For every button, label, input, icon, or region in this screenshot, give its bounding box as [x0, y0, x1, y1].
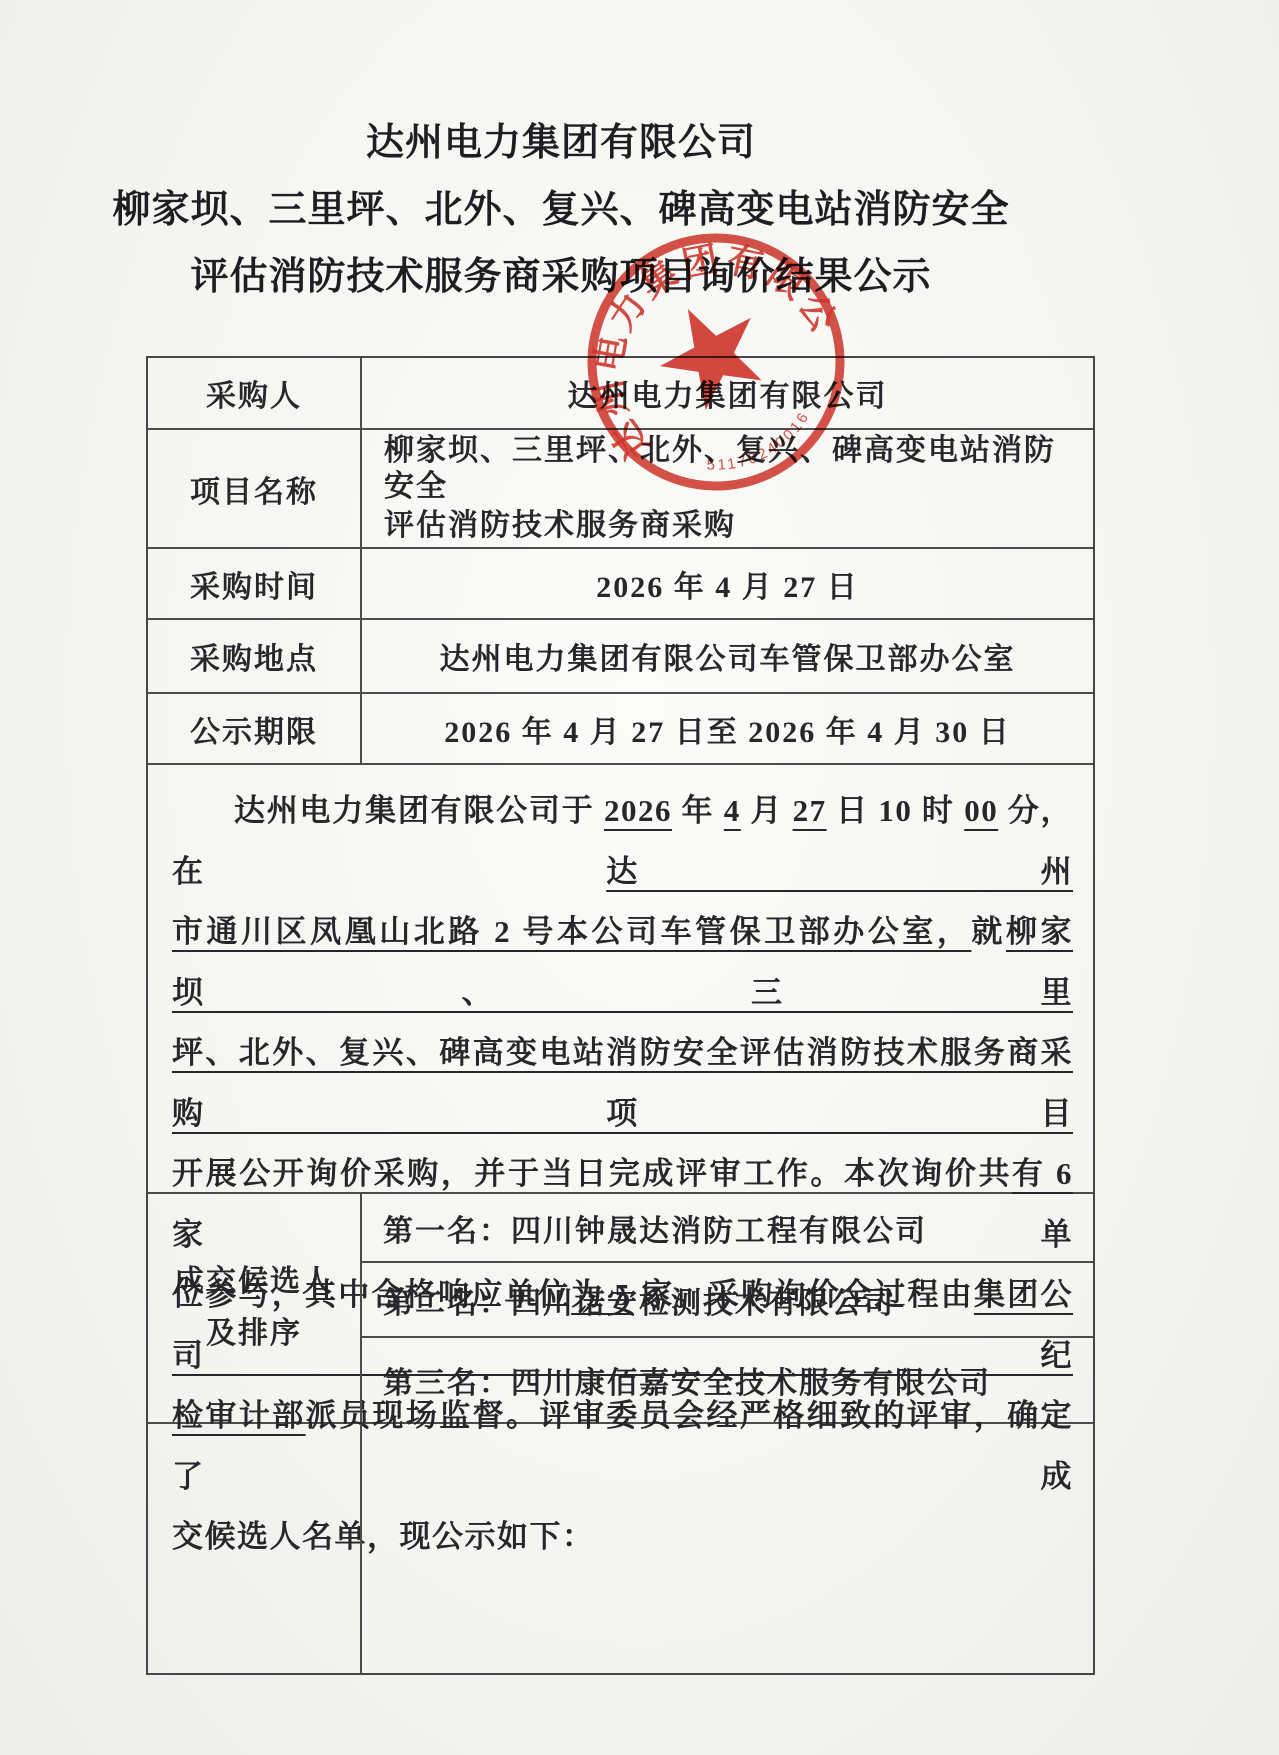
- notice-line: 市通川区凤凰山北路 2 号本公司车管保卫部办公室，就柳家坝、三里: [172, 902, 1073, 1023]
- candidate-row: 第一名：四川钟晟达消防工程有限公司: [362, 1194, 1093, 1263]
- row-value: 达州电力集团有限公司车管保卫部办公室: [362, 620, 1093, 692]
- underlined-text: 00: [964, 793, 998, 828]
- row-label: 采购地点: [148, 620, 362, 692]
- company-title: 达州电力集团有限公司: [0, 110, 1122, 177]
- underlined-text: 27: [793, 793, 827, 828]
- underlined-text: 达州: [606, 854, 1073, 889]
- row-label: 公示期限: [148, 694, 362, 763]
- table-row-purchase-location: 采购地点 达州电力集团有限公司车管保卫部办公室: [148, 620, 1093, 694]
- table-row-publicity-period: 公示期限 2026 年 4 月 27 日至 2026 年 4 月 30 日: [148, 694, 1093, 765]
- table-row-purchase-date: 采购时间 2026 年 4 月 27 日: [148, 549, 1093, 620]
- empty-value-cell: [362, 1424, 1093, 1675]
- text: 达州电力集团有限公司于: [234, 793, 604, 828]
- candidate-row: 第二名：四川诺安检测技术有限公司: [362, 1263, 1093, 1337]
- row-value: 达州电力集团有限公司: [362, 358, 1093, 428]
- candidates-header-line1: 成交候选人: [174, 1256, 334, 1308]
- underlined-text: 有 6: [1012, 1156, 1073, 1191]
- notice-line: 达州电力集团有限公司于 2026 年 4 月 27 日 10 时 00 分，在达…: [172, 781, 1073, 902]
- text: 月: [741, 793, 793, 828]
- empty-bottom-row: [148, 1424, 1093, 1675]
- notice-paragraph: 达州电力集团有限公司于 2026 年 4 月 27 日 10 时 00 分，在达…: [148, 765, 1093, 1194]
- candidate-list: 第一名：四川钟晟达消防工程有限公司第二名：四川诺安检测技术有限公司第三名：四川康…: [362, 1194, 1093, 1422]
- table-row-project-name: 项目名称 柳家坝、三里坪、北外、复兴、碑高变电站消防安全 评估消防技术服务商采购: [148, 430, 1093, 549]
- candidates-header: 成交候选人 及排序: [148, 1194, 362, 1422]
- candidates-header-line2: 及排序: [206, 1308, 302, 1360]
- candidate-row: 第三名：四川康佰嘉安全技术服务有限公司: [362, 1338, 1093, 1422]
- row-value: 2026 年 4 月 27 日至 2026 年 4 月 30 日: [362, 694, 1093, 763]
- row-label: 采购人: [148, 358, 362, 428]
- notice-table: 采购人 达州电力集团有限公司 项目名称 柳家坝、三里坪、北外、复兴、碑高变电站消…: [146, 356, 1095, 1675]
- underlined-text: 坪、北外、复兴、碑高变电站消防安全评估消防技术服务商采购项目: [172, 1035, 1073, 1131]
- empty-label-cell: [148, 1424, 362, 1675]
- row-value: 柳家坝、三里坪、北外、复兴、碑高变电站消防安全 评估消防技术服务商采购: [362, 430, 1093, 547]
- project-title-line1: 柳家坝、三里坪、北外、复兴、碑高变电站消防安全: [0, 177, 1122, 244]
- text: 年: [672, 793, 724, 828]
- project-name-line1: 柳家坝、三里坪、北外、复兴、碑高变电站消防安全: [384, 433, 1083, 505]
- row-value: 2026 年 4 月 27 日: [362, 549, 1093, 618]
- row-label: 采购时间: [148, 549, 362, 618]
- project-title-line2: 评估消防技术服务商采购项目询价结果公示: [0, 244, 1122, 311]
- scanned-notice-page: 达州电力集团有限公司 柳家坝、三里坪、北外、复兴、碑高变电站消防安全 评估消防技…: [0, 0, 1279, 1755]
- notice-line: 坪、北外、复兴、碑高变电站消防安全评估消防技术服务商采购项目: [172, 1023, 1073, 1144]
- document-title-block: 达州电力集团有限公司 柳家坝、三里坪、北外、复兴、碑高变电站消防安全 评估消防技…: [0, 110, 1122, 311]
- underlined-text: 4: [724, 793, 741, 828]
- row-label: 项目名称: [148, 430, 362, 547]
- candidates-section: 成交候选人 及排序 第一名：四川钟晟达消防工程有限公司第二名：四川诺安检测技术有…: [148, 1194, 1093, 1424]
- underlined-text: 市通川区凤凰山北路 2 号本公司车管保卫部办公室，: [172, 914, 971, 949]
- underlined-text: 2026: [604, 793, 672, 828]
- table-row-purchaser: 采购人 达州电力集团有限公司: [148, 358, 1093, 430]
- text: 就: [971, 914, 1006, 949]
- text: 开展公开询价采购，并于当日完成评审工作。本次询价共: [172, 1156, 1012, 1191]
- project-name-line2: 评估消防技术服务商采购: [384, 508, 736, 544]
- text: 日 10 时: [827, 793, 965, 828]
